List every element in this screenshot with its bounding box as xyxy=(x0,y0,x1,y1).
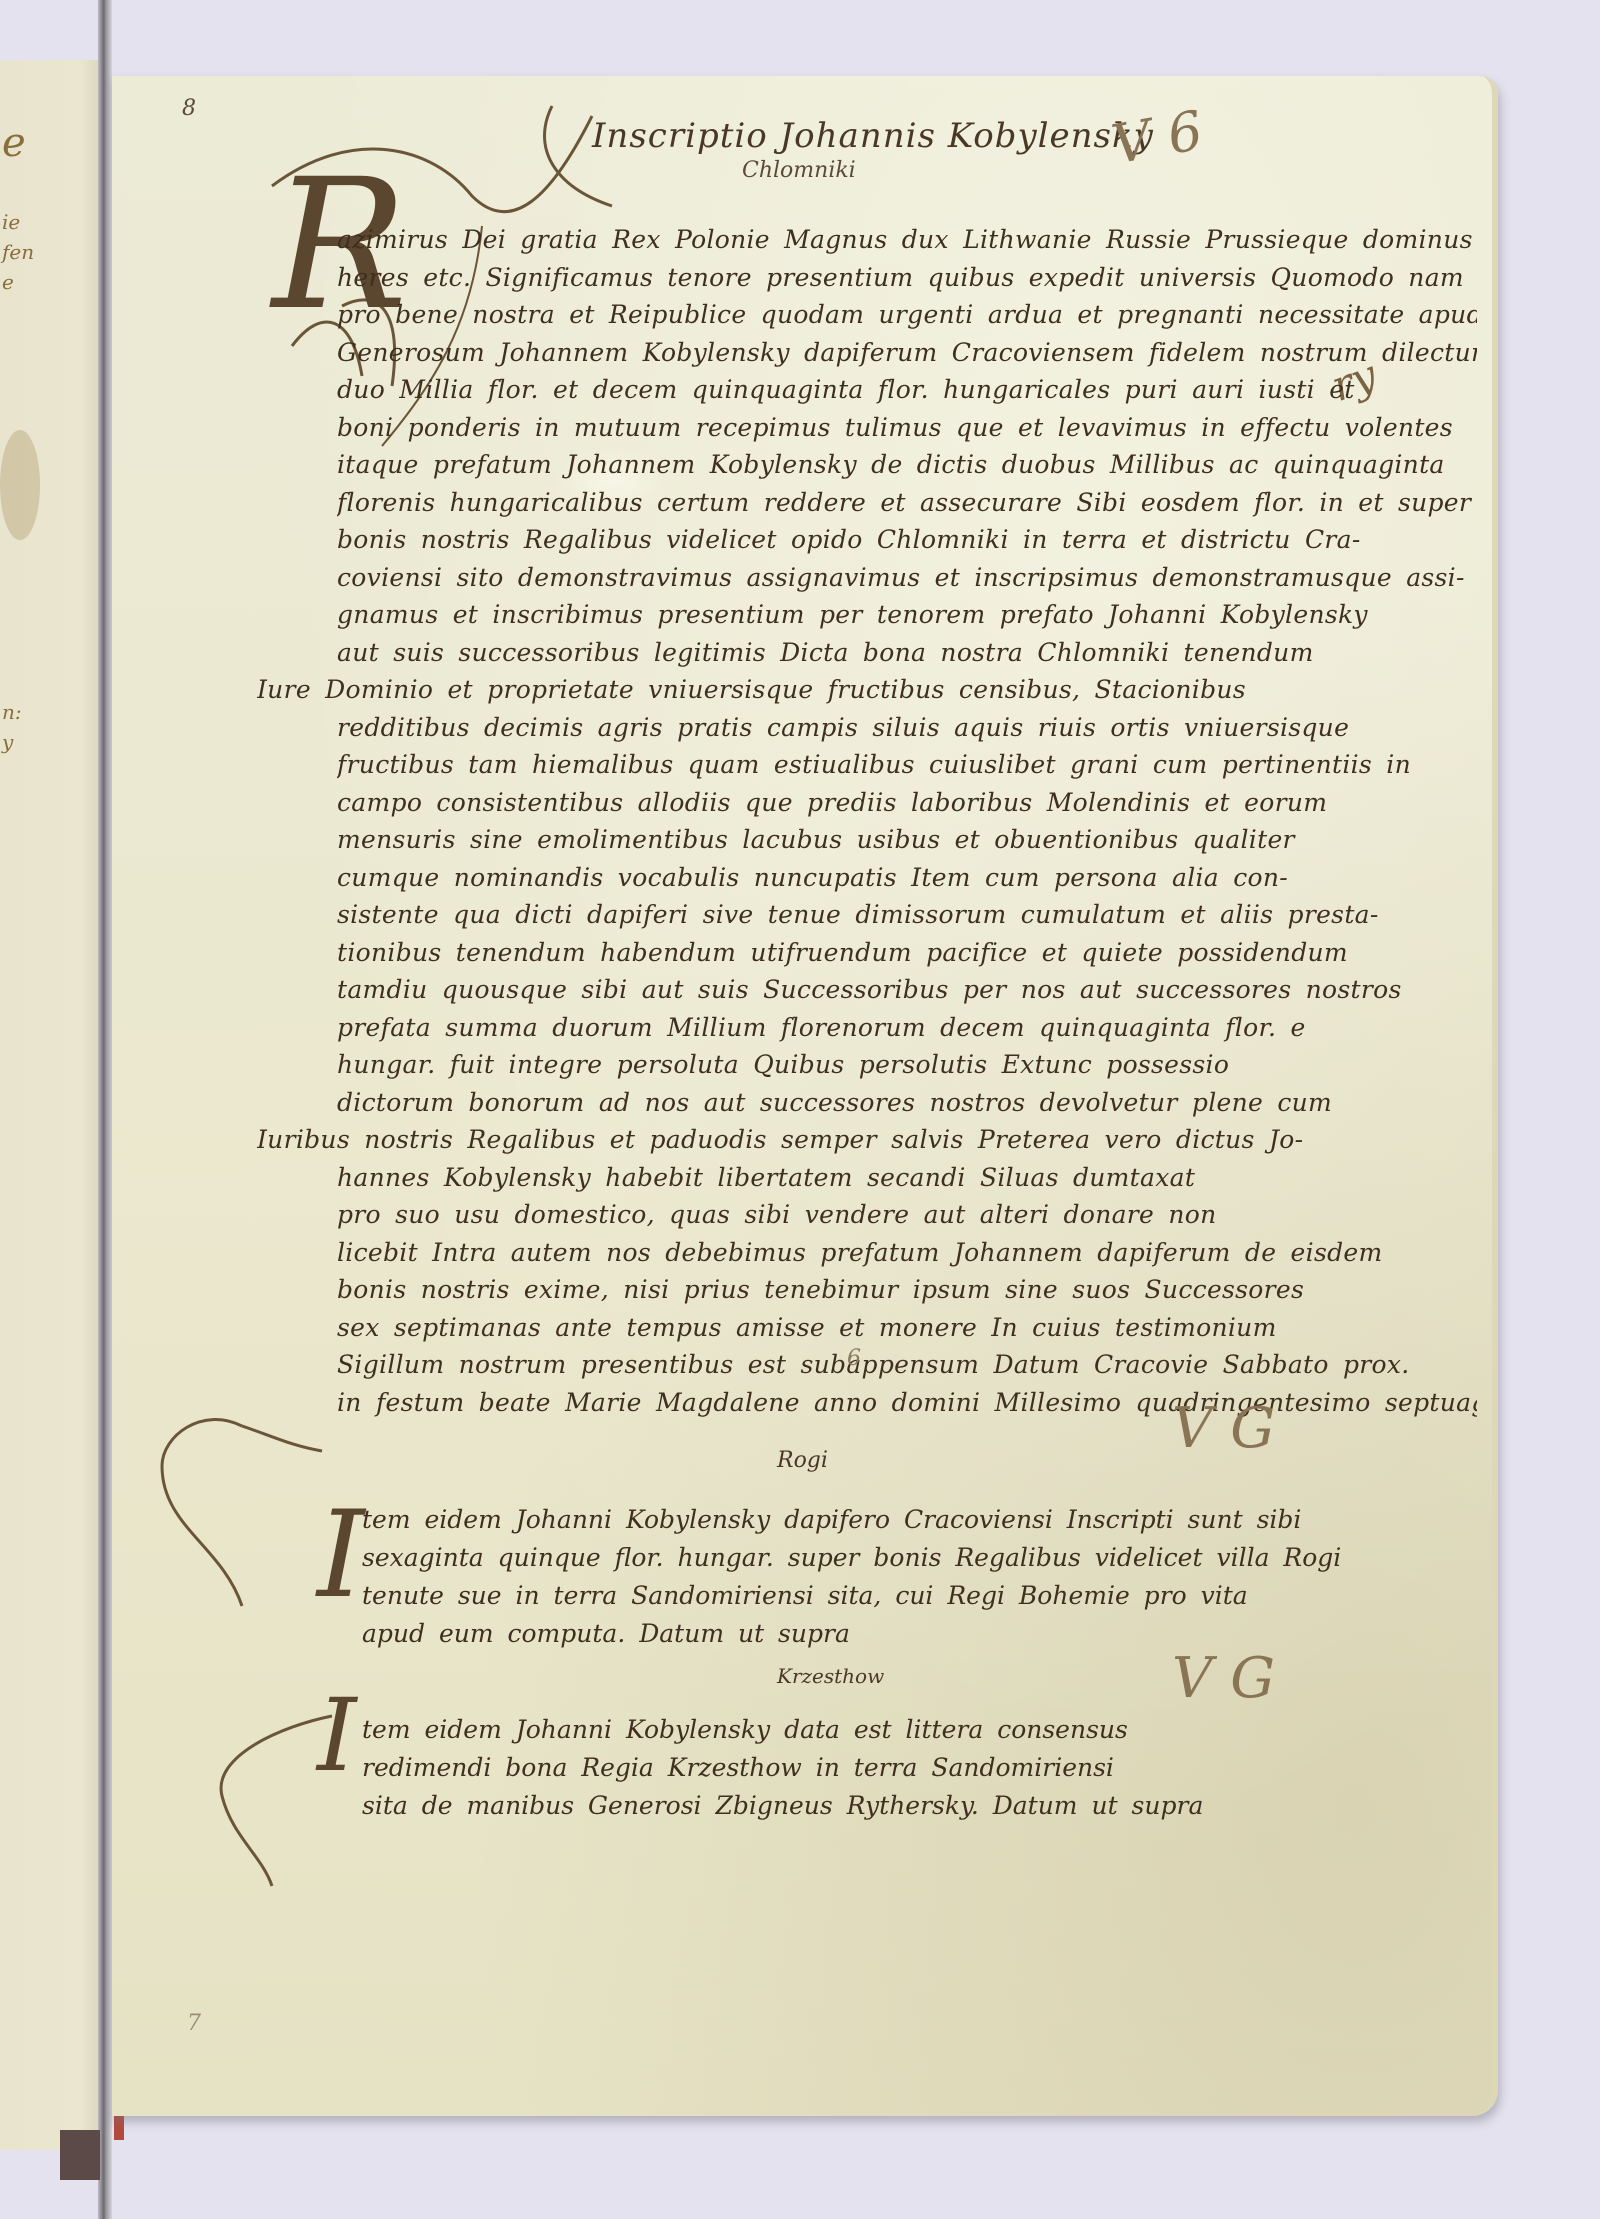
text-line: coviensi sito demonstravimus assignavimu… xyxy=(337,559,1477,597)
left-page-fragment: y xyxy=(2,730,13,754)
text-line: duo Millia flor. et decem quinquaginta f… xyxy=(337,371,1477,409)
text-line: Sigillum nostrum presentibus est subappe… xyxy=(337,1346,1477,1384)
text-line: heres etc. Significamus tenore presentiu… xyxy=(337,259,1477,297)
text-line: dictorum bonorum ad nos aut successores … xyxy=(337,1084,1477,1122)
decorated-initial-I: I xyxy=(317,1686,357,1786)
left-page-fragment: ie xyxy=(2,210,20,234)
text-line: Iuribus nostris Regalibus et paduodis se… xyxy=(257,1121,1477,1159)
marginal-note-top-right: V 6 xyxy=(1107,99,1207,177)
section-heading-krzesthow: Krzesthow xyxy=(777,1664,884,1688)
text-line: bonis nostris exime, nisi prius tenebimu… xyxy=(337,1271,1477,1309)
text-line: azimirus Dei gratia Rex Polonie Magnus d… xyxy=(337,221,1477,259)
text-line: cumque nominandis vocabulis nuncupatis I… xyxy=(337,859,1477,897)
text-line: apud eum computa. Datum ut supra xyxy=(362,1615,1462,1653)
text-line: in festum beate Marie Magdalene anno dom… xyxy=(337,1384,1477,1422)
text-line: tenute sue in terra Sandomiriensi sita, … xyxy=(362,1577,1462,1615)
text-line: prefata summa duorum Millium florenorum … xyxy=(337,1009,1477,1047)
section-krzesthow-text: tem eidem Johanni Kobylensky data est li… xyxy=(362,1711,1462,1825)
flourish-decoration xyxy=(142,1406,342,1636)
left-page-fragment: fen xyxy=(2,240,34,264)
facing-page-left: e ie fen e n: y xyxy=(0,60,100,2150)
text-line: campo consistentibus allodiis que predii… xyxy=(337,784,1477,822)
text-line: tionibus tenendum habendum utifruendum p… xyxy=(337,934,1477,972)
folio-mark: 8 xyxy=(182,96,196,121)
text-line: pro bene nostra et Reipublice quodam urg… xyxy=(337,296,1477,334)
text-line: bonis nostris Regalibus videlicet opido … xyxy=(337,521,1477,559)
text-line: hannes Kobylensky habebit libertatem sec… xyxy=(337,1159,1477,1197)
text-line: tem eidem Johanni Kobylensky dapifero Cr… xyxy=(362,1501,1462,1539)
text-line: sex septimanas ante tempus amisse et mon… xyxy=(337,1309,1477,1347)
text-line: sexaginta quinque flor. hungar. super bo… xyxy=(362,1539,1462,1577)
text-line: sistente qua dicti dapiferi sive tenue d… xyxy=(337,896,1477,934)
section-heading-rogi: Rogi xyxy=(777,1448,828,1473)
entry-subtitle: Chlomniki xyxy=(742,158,856,183)
section-rogi-text: tem eidem Johanni Kobylensky dapifero Cr… xyxy=(362,1501,1462,1653)
section-marker: 6 xyxy=(847,1346,861,1371)
text-line: Generosum Johannem Kobylensky dapiferum … xyxy=(337,334,1477,372)
text-line: itaque prefatum Johannem Kobylensky de d… xyxy=(337,446,1477,484)
text-line: mensuris sine emolimentibus lacubus usib… xyxy=(337,821,1477,859)
decorated-initial-I: I xyxy=(317,1496,364,1616)
check-mark: V G xyxy=(1172,1396,1275,1461)
book-gutter xyxy=(98,0,112,2219)
charter-body: azimirus Dei gratia Rex Polonie Magnus d… xyxy=(337,221,1477,1421)
text-line: hungar. fuit integre persoluta Quibus pe… xyxy=(337,1046,1477,1084)
left-page-fragment: e xyxy=(2,270,14,294)
entry-title: Inscriptio Johannis Kobylensky xyxy=(592,116,1154,156)
text-line: pro suo usu domestico, quas sibi vendere… xyxy=(337,1196,1477,1234)
left-page-fragment: e xyxy=(2,120,26,166)
text-line: tamdiu quousque sibi aut suis Successori… xyxy=(337,971,1477,1009)
binding-tab xyxy=(60,2130,100,2180)
text-line: Iure Dominio et proprietate vniuersisque… xyxy=(257,671,1477,709)
text-line: boni ponderis in mutuum recepimus tulimu… xyxy=(337,409,1477,447)
text-line: redditibus decimis agris pratis campis s… xyxy=(337,709,1477,747)
manuscript-page: 8 R Inscriptio Johannis Kobylensky Chlom… xyxy=(112,76,1498,2116)
text-line: sita de manibus Generosi Zbigneus Ryther… xyxy=(362,1787,1462,1825)
text-line: aut suis successoribus legitimis Dicta b… xyxy=(337,634,1477,672)
check-mark: V G xyxy=(1172,1646,1275,1711)
stain xyxy=(0,430,40,540)
pencil-page-number: 7 xyxy=(187,2011,201,2036)
text-line: fructibus tam hiemalibus quam estiualibu… xyxy=(337,746,1477,784)
text-line: florenis hungaricalibus certum reddere e… xyxy=(337,484,1477,522)
left-page-fragment: n: xyxy=(2,700,22,724)
text-line: gnamus et inscribimus presentium per ten… xyxy=(337,596,1477,634)
text-line: redimendi bona Regia Krzesthow in terra … xyxy=(362,1749,1462,1787)
text-line: tem eidem Johanni Kobylensky data est li… xyxy=(362,1711,1462,1749)
text-line: licebit Intra autem nos debebimus prefat… xyxy=(337,1234,1477,1272)
